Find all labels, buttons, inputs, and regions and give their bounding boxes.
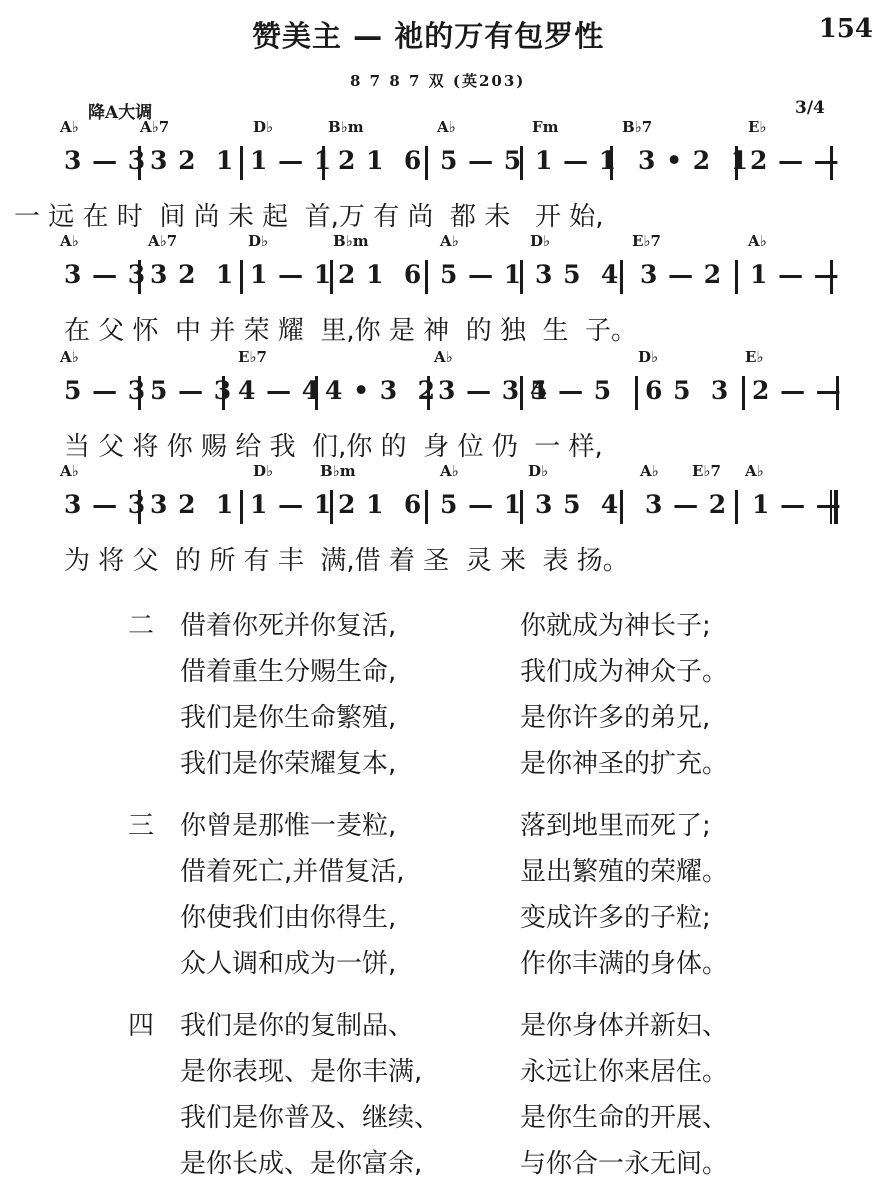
barline <box>138 146 141 180</box>
verse-line-first-half: 借着重生分赐生命, <box>180 651 396 688</box>
chord-symbol: D♭ <box>253 118 273 136</box>
chord-symbol: D♭ <box>638 348 658 366</box>
measure-notes: 4 • 3 2 <box>325 376 436 405</box>
chord-symbol: Fm <box>532 118 559 136</box>
verse-line-first-half: 我们是你的复制品、 <box>180 1005 414 1042</box>
barline <box>620 260 623 294</box>
measure-notes: 5 — 5 <box>440 146 522 175</box>
verse-line-second-half: 是你生命的开展、 <box>520 1097 728 1134</box>
verse-line-first-half: 你曾是那惟一麦粒, <box>180 805 396 842</box>
verse-line-first-half: 借着你死并你复活, <box>180 605 396 642</box>
verse-line-second-half: 与你合一永无间。 <box>520 1143 728 1180</box>
barline <box>138 376 141 410</box>
chord-symbol: B♭m <box>328 118 364 136</box>
barline <box>315 376 318 410</box>
chord-symbol: A♭ <box>60 348 79 366</box>
measure-notes: 5 — 3 <box>150 376 232 405</box>
chord-symbol: A♭7 <box>148 232 177 250</box>
verse-line-second-half: 显出繁殖的荣耀。 <box>520 851 728 888</box>
score-row: A♭E♭7A♭D♭E♭5 — 35 — 34 — 44 • 3 23 — 3 4… <box>0 348 885 463</box>
chord-symbol: E♭7 <box>632 232 661 250</box>
title-subtitle: 祂的万有包罗性 <box>394 19 604 53</box>
hymn-title: 赞美主 — 祂的万有包罗性 <box>252 14 604 55</box>
verse-line-first-half: 借着死亡,并借复活, <box>180 851 405 888</box>
measure-notes: 2 1 6 <box>338 490 422 519</box>
barline <box>222 376 225 410</box>
time-signature: 3/4 <box>795 98 825 118</box>
chord-symbol: A♭ <box>640 462 659 480</box>
chord-symbol: D♭ <box>253 462 273 480</box>
measure-notes: 3 — 3 <box>64 490 146 519</box>
chord-symbol: D♭ <box>528 462 548 480</box>
lyric-line: 为 将 父 的 所 有 丰 满,借 着 圣 灵 来 表 扬。 <box>64 540 629 577</box>
chord-symbol: A♭ <box>440 232 459 250</box>
verse-line-first-half: 众人调和成为一饼, <box>180 943 396 980</box>
final-barline <box>830 490 838 524</box>
chord-symbol: A♭ <box>434 348 453 366</box>
barline <box>836 376 839 410</box>
barline <box>425 260 428 294</box>
measure-notes: 3 — 3 <box>64 146 146 175</box>
barline <box>330 490 333 524</box>
chord-symbol: D♭ <box>248 232 268 250</box>
barline <box>138 490 141 524</box>
score-row: A♭A♭7D♭B♭mA♭D♭E♭7A♭3 — 33 2 11 — 12 1 65… <box>0 232 885 347</box>
barline <box>735 490 738 524</box>
measure-notes: 1 — — <box>752 490 842 519</box>
verse-line-first-half: 你使我们由你得生, <box>180 897 396 934</box>
verse-line-first-half: 是你长成、是你富余, <box>180 1143 422 1180</box>
barline <box>520 490 523 524</box>
chord-symbol: E♭ <box>748 118 767 136</box>
measure-notes: 3 5 4 <box>535 490 619 519</box>
measure-notes: 3 • 2 1 <box>638 146 749 175</box>
barline <box>520 376 523 410</box>
verse-line-second-half: 永远让你来居住。 <box>520 1051 728 1088</box>
verse-line-second-half: 我们成为神众子。 <box>520 651 728 688</box>
measure-notes: 1 — 1 <box>250 146 332 175</box>
barline <box>427 376 430 410</box>
lyric-line: 一 远 在 时 间 尚 未 起 首,万 有 尚 都 未 开 始, <box>14 196 604 233</box>
barline <box>610 146 613 180</box>
verse-line-second-half: 落到地里而死了; <box>520 805 711 842</box>
verse-line-first-half: 我们是你荣耀复本, <box>180 743 396 780</box>
measure-notes: 3 — 2 <box>640 260 722 289</box>
verse-line-second-half: 你就成为神长子; <box>520 605 711 642</box>
verse-line-first-half: 是你表现、是你丰满, <box>180 1051 422 1088</box>
verse-line-first-half: 我们是你普及、继续、 <box>180 1097 440 1134</box>
measure-notes: 3 2 1 <box>150 146 234 175</box>
chord-symbol: A♭ <box>748 232 767 250</box>
barline <box>830 146 833 180</box>
verse-line-second-half: 是你许多的弟兄, <box>520 697 710 734</box>
barline <box>425 490 428 524</box>
barline <box>520 260 523 294</box>
barline <box>240 260 243 294</box>
verse-line-first-half: 我们是你生命繁殖, <box>180 697 396 734</box>
meter-info: 8 7 8 7 双 (英203) <box>350 70 525 91</box>
chord-symbol: B♭m <box>320 462 356 480</box>
barline <box>520 146 523 180</box>
barline <box>330 260 333 294</box>
chord-symbol: E♭7 <box>692 462 721 480</box>
verse-number: 二 <box>128 605 154 642</box>
chord-symbol: A♭ <box>60 232 79 250</box>
measure-notes: 5 — 5 <box>530 376 612 405</box>
measure-notes: 4 — 4 <box>238 376 320 405</box>
verse-line-second-half: 作你丰满的身体。 <box>520 943 728 980</box>
verse-line-second-half: 是你身体并新妇、 <box>520 1005 728 1042</box>
verse-line-second-half: 是你神圣的扩充。 <box>520 743 728 780</box>
measure-notes: 3 — 3 <box>64 260 146 289</box>
title-dash: — <box>342 19 394 53</box>
chord-symbol: A♭ <box>440 462 459 480</box>
barline <box>742 376 745 410</box>
verse-number: 三 <box>128 805 154 842</box>
barline <box>830 260 833 294</box>
measure-notes: 3 — 2 <box>645 490 727 519</box>
chord-symbol: A♭ <box>437 118 456 136</box>
chord-symbol: D♭ <box>530 232 550 250</box>
chord-symbol: A♭ <box>745 462 764 480</box>
barline <box>322 146 325 180</box>
measure-notes: 6 5 3 <box>645 376 729 405</box>
score-row: A♭D♭B♭mA♭D♭A♭E♭7A♭3 — 33 2 11 — 12 1 65 … <box>0 462 885 577</box>
chord-symbol: A♭ <box>60 462 79 480</box>
measure-notes: 2 — — <box>752 376 842 405</box>
measure-notes: 3 5 4 <box>535 260 619 289</box>
measure-notes: 5 — 1 <box>440 260 522 289</box>
barline <box>240 490 243 524</box>
measure-notes: 3 2 1 <box>150 490 234 519</box>
score-row: A♭A♭7D♭B♭mA♭FmB♭7E♭3 — 33 2 11 — 12 1 65… <box>0 118 885 233</box>
barline <box>240 146 243 180</box>
chord-symbol: B♭7 <box>622 118 652 136</box>
measure-notes: 5 — 1 <box>440 490 522 519</box>
measure-notes: 1 — 1 <box>535 146 617 175</box>
barline <box>620 490 623 524</box>
measure-notes: 3 2 1 <box>150 260 234 289</box>
lyric-line: 当 父 将 你 赐 给 我 们,你 的 身 位 仍 一 样, <box>64 426 603 463</box>
measure-notes: 1 — — <box>750 260 840 289</box>
verse-number: 四 <box>128 1005 154 1042</box>
barline <box>425 146 428 180</box>
chord-symbol: A♭ <box>60 118 79 136</box>
measure-notes: 1 — 1 <box>250 260 332 289</box>
measure-notes: 2 1 6 <box>338 146 422 175</box>
chord-symbol: A♭7 <box>140 118 169 136</box>
barline <box>735 260 738 294</box>
barline <box>735 146 738 180</box>
chord-symbol: B♭m <box>333 232 369 250</box>
hymn-number: 154 <box>819 14 873 44</box>
chord-symbol: E♭ <box>745 348 764 366</box>
lyric-line: 在 父 怀 中 并 荣 耀 里,你 是 神 的 独 生 子。 <box>64 310 637 347</box>
title-main: 赞美主 <box>252 19 342 53</box>
chord-symbol: E♭7 <box>238 348 267 366</box>
measure-notes: 5 — 3 <box>64 376 146 405</box>
barline <box>635 376 638 410</box>
measure-notes: 1 — 1 <box>250 490 332 519</box>
verse-line-second-half: 变成许多的子粒; <box>520 897 711 934</box>
measure-notes: 2 1 6 <box>338 260 422 289</box>
barline <box>138 260 141 294</box>
measure-notes: 2 — — <box>750 146 840 175</box>
